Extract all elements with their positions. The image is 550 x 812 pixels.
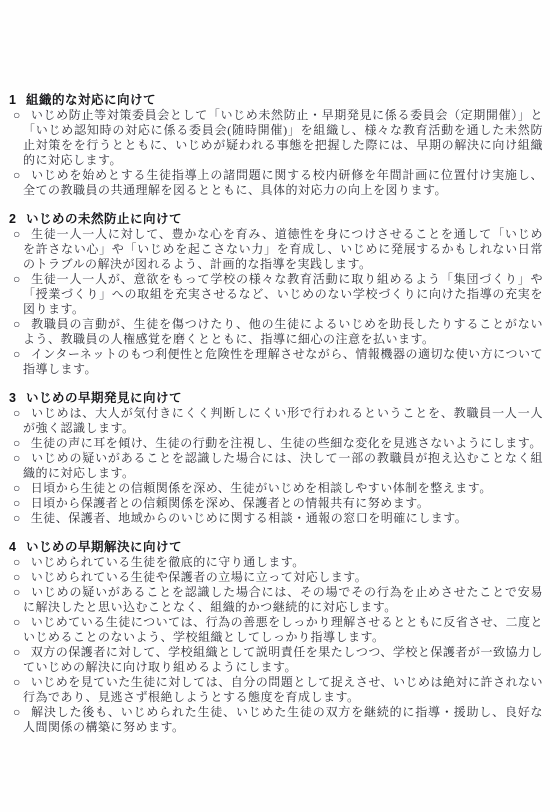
bullet-text: いじめ防止等対策委員会として「いじめ未然防止・早期発見に係る委員会（定期開催）」… [23, 108, 543, 167]
bullet-text: 日頃から生徒との信頼関係を深め、生徒がいじめを相談しやすい体制を整えます。 [31, 481, 492, 495]
bullet-item: ○いじめ防止等対策委員会として「いじめ未然防止・早期発見に係る委員会（定期開催）… [5, 108, 543, 168]
bullet-item: ○インターネットのもつ利便性と危険性を理解させながら、情報機器の適切な使い方につ… [5, 347, 543, 377]
bullet-text: 生徒一人一人が、意欲をもって学校の様々な教育活動に取り組めるよう「集団づくり」や… [23, 272, 543, 316]
circle-bullet-marker: ○ [13, 108, 21, 122]
circle-bullet-marker: ○ [13, 227, 21, 241]
section-title: いじめの早期解決に向けて [26, 540, 182, 554]
circle-bullet-marker: ○ [13, 406, 21, 420]
circle-bullet-marker: ○ [13, 496, 21, 510]
document-page: 1組織的な対応に向けて ○いじめ防止等対策委員会として「いじめ未然防止・早期発見… [0, 0, 550, 812]
circle-bullet-marker: ○ [13, 705, 21, 719]
bullet-item: ○日頃から保護者との信頼関係を深め、保護者との情報共有に努めます。 [5, 496, 543, 511]
bullet-item: ○生徒、保護者、地域からのいじめに関する相談・通報の窓口を明確にします。 [5, 511, 543, 526]
section-number: 4 [9, 540, 17, 555]
bullet-text: 生徒、保護者、地域からのいじめに関する相談・通報の窓口を明確にします。 [31, 511, 468, 525]
bullet-text: いじめは、大人が気付きにくく判断しにくい形で行われるということを、教職員一人一人… [23, 406, 543, 435]
bullet-text: 生徒の声に耳を傾け、生徒の行動を注視し、生徒の些細な変化を見逃さないようにします… [31, 436, 542, 450]
bullet-text: いじめを見ていた生徒に対しては、自分の問題として捉えさせ、いじめは絶対に許されな… [23, 675, 543, 704]
circle-bullet-marker: ○ [13, 272, 21, 286]
bullet-text: いじめを始めとする生徒指導上の諸問題に関する校内研修を年間計画に位置付け実施し、… [23, 168, 543, 197]
section-number: 1 [9, 93, 17, 108]
circle-bullet-marker: ○ [13, 168, 21, 182]
circle-bullet-marker: ○ [13, 347, 21, 361]
section-number: 3 [9, 391, 17, 406]
bullet-text: いじめの疑いがあることを認識した場合には、その場でその行為を止めさせたことで安易… [23, 585, 543, 614]
bullet-item: ○生徒の声に耳を傾け、生徒の行動を注視し、生徒の些細な変化を見逃さないようにしま… [5, 436, 543, 451]
section-heading: 4いじめの早期解決に向けて [9, 540, 543, 555]
section-organizational-response: 1組織的な対応に向けて ○いじめ防止等対策委員会として「いじめ未然防止・早期発見… [5, 93, 543, 198]
section-title: いじめの未然防止に向けて [26, 212, 182, 226]
bullet-text: 日頃から保護者との信頼関係を深め、保護者との情報共有に努めます。 [31, 496, 430, 510]
bullet-text: いじめられている生徒や保護者の立場に立って対応します。 [31, 570, 368, 584]
circle-bullet-marker: ○ [13, 585, 21, 599]
bullet-item: ○いじめの疑いがあることを認識した場合には、決して一部の教職員が抱え込むことなく… [5, 451, 543, 481]
bullet-item: ○いじめを見ていた生徒に対しては、自分の問題として捉えさせ、いじめは絶対に許され… [5, 675, 543, 705]
section-number: 2 [9, 212, 17, 227]
bullet-item: ○日頃から生徒との信頼関係を深め、生徒がいじめを相談しやすい体制を整えます。 [5, 481, 543, 496]
circle-bullet-marker: ○ [13, 451, 21, 465]
section-prevention: 2いじめの未然防止に向けて ○生徒一人一人に対して、豊かな心を育み、道徳性を身に… [5, 212, 543, 377]
circle-bullet-marker: ○ [13, 317, 21, 331]
bullet-text: 生徒一人一人に対して、豊かな心を育み、道徳性を身につけさせることを通して「いじめ… [23, 227, 543, 271]
circle-bullet-marker: ○ [13, 436, 21, 450]
section-title: いじめの早期発見に向けて [26, 391, 182, 405]
bullet-item: ○いじめられている生徒を徹底的に守り通します。 [5, 555, 543, 570]
section-heading: 3いじめの早期発見に向けて [9, 391, 543, 406]
circle-bullet-marker: ○ [13, 555, 21, 569]
bullet-text: 双方の保護者に対して、学校組織として説明責任を果たしつつ、学校と保護者が一致協力… [23, 645, 543, 674]
circle-bullet-marker: ○ [13, 481, 21, 495]
bullet-item: ○いじめている生徒については、行為の善悪をしっかり理解させるとともに反省させ、二… [5, 615, 543, 645]
bullet-text: 教職員の言動が、生徒を傷つけたり、他の生徒によるいじめを助長したりすることがない… [23, 317, 543, 346]
section-heading: 2いじめの未然防止に向けて [9, 212, 543, 227]
bullet-item: ○いじめられている生徒や保護者の立場に立って対応します。 [5, 570, 543, 585]
circle-bullet-marker: ○ [13, 511, 21, 525]
section-title: 組織的な対応に向けて [26, 93, 156, 107]
circle-bullet-marker: ○ [13, 645, 21, 659]
section-early-detection: 3いじめの早期発見に向けて ○いじめは、大人が気付きにくく判断しにくい形で行われ… [5, 391, 543, 526]
circle-bullet-marker: ○ [13, 570, 21, 584]
bullet-text: 解決した後も、いじめられた生徒、いじめた生徒の双方を継続的に指導・援助し、良好な… [23, 705, 543, 734]
bullet-text: いじめの疑いがあることを認識した場合には、決して一部の教職員が抱え込むことなく組… [23, 451, 543, 480]
bullet-item: ○双方の保護者に対して、学校組織として説明責任を果たしつつ、学校と保護者が一致協… [5, 645, 543, 675]
section-heading: 1組織的な対応に向けて [9, 93, 543, 108]
circle-bullet-marker: ○ [13, 615, 21, 629]
bullet-item: ○いじめの疑いがあることを認識した場合には、その場でその行為を止めさせたことで安… [5, 585, 543, 615]
bullet-item: ○生徒一人一人が、意欲をもって学校の様々な教育活動に取り組めるよう「集団づくり」… [5, 272, 543, 317]
bullet-item: ○教職員の言動が、生徒を傷つけたり、他の生徒によるいじめを助長したりすることがな… [5, 317, 543, 347]
bullet-item: ○いじめを始めとする生徒指導上の諸問題に関する校内研修を年間計画に位置付け実施し… [5, 168, 543, 198]
bullet-item: ○いじめは、大人が気付きにくく判断しにくい形で行われるということを、教職員一人一… [5, 406, 543, 436]
bullet-item: ○生徒一人一人に対して、豊かな心を育み、道徳性を身につけさせることを通して「いじ… [5, 227, 543, 272]
section-early-resolution: 4いじめの早期解決に向けて ○いじめられている生徒を徹底的に守り通します。 ○い… [5, 540, 543, 735]
bullet-text: いじめられている生徒を徹底的に守り通します。 [31, 555, 305, 569]
bullet-text: インターネットのもつ利便性と危険性を理解させながら、情報機器の適切な使い方につい… [23, 347, 543, 376]
bullet-item: ○解決した後も、いじめられた生徒、いじめた生徒の双方を継続的に指導・援助し、良好… [5, 705, 543, 735]
circle-bullet-marker: ○ [13, 675, 21, 689]
bullet-text: いじめている生徒については、行為の善悪をしっかり理解させるとともに反省させ、二度… [23, 615, 543, 644]
